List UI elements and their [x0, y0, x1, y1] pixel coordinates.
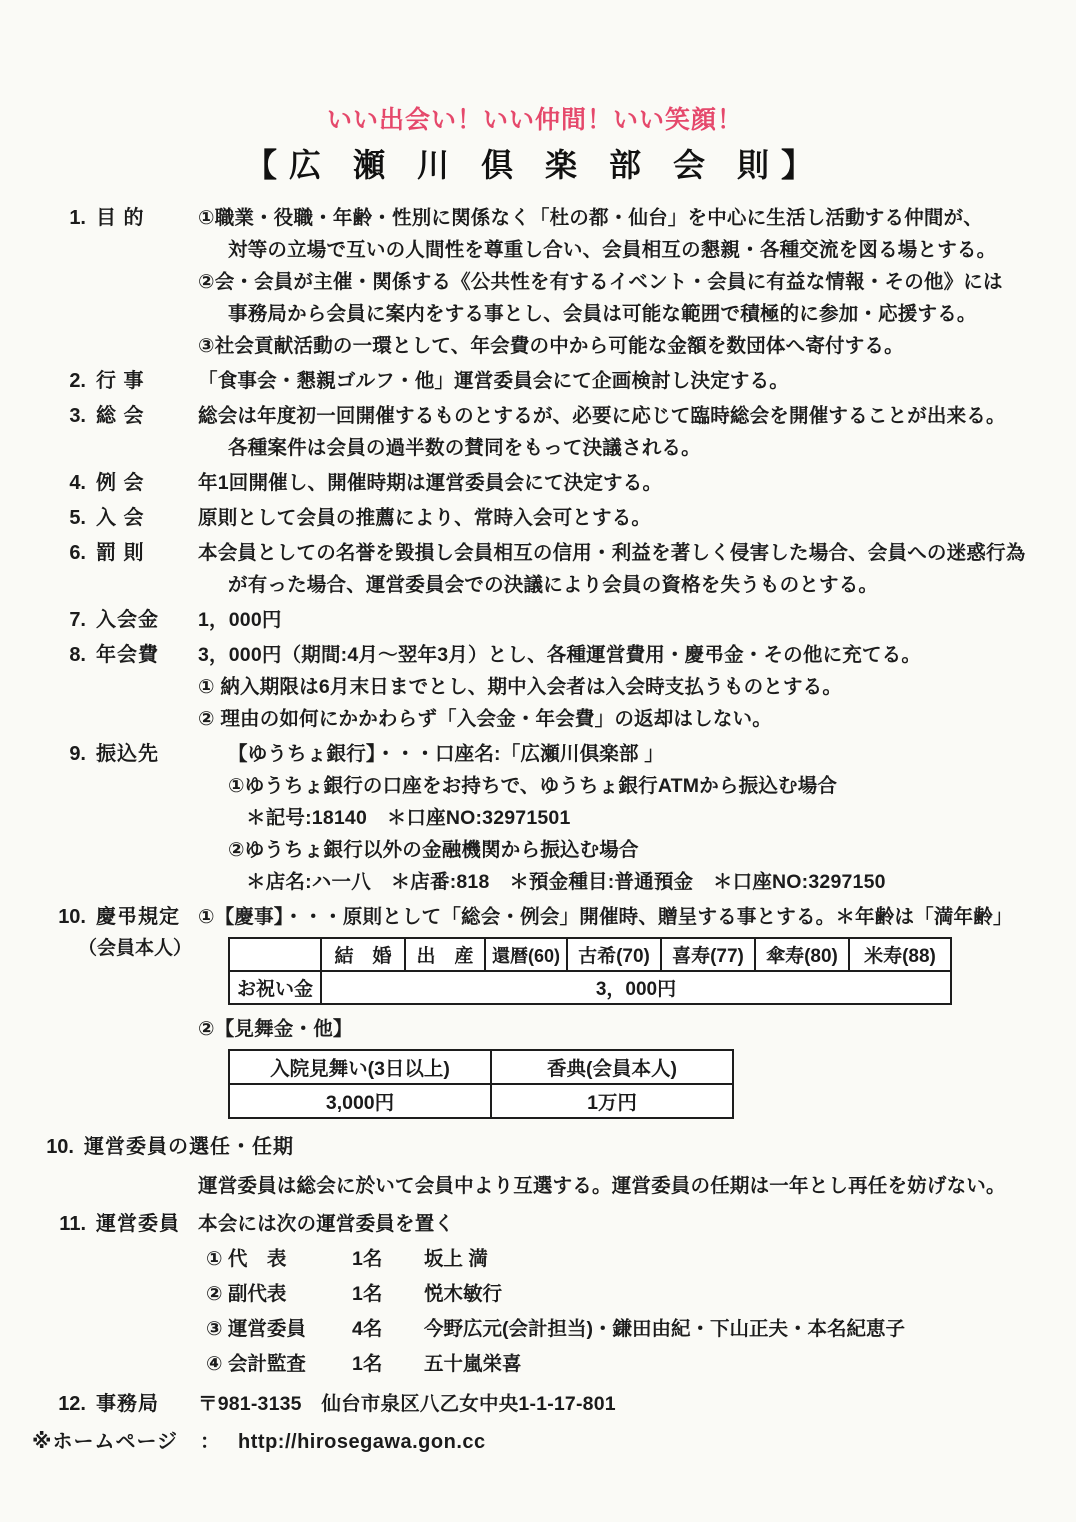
- member-role: ① 代 表: [206, 1242, 352, 1277]
- table-cell: 1万円: [491, 1084, 733, 1118]
- section-line: ② 理由の如何にかかわらず「入会金・年会費」の返却はしない。: [198, 703, 1040, 735]
- member-role: ④ 会計監査: [206, 1347, 352, 1382]
- section-secretariat: 12.事務局 〒981-3135 仙台市泉区八乙女中央1-1-17-801: [30, 1388, 1040, 1420]
- section-celebration-condolence: 10.慶弔規定 （会員本人） ①【慶事】・・・原則として「総会・例会」開催時、贈…: [30, 901, 1040, 1127]
- section-line: ②【見舞金・他】: [198, 1013, 1040, 1045]
- section-general-meeting: 3.総 会 総会は年度初一回開催するものとするが、必要に応じて臨時総会を開催する…: [30, 400, 1040, 464]
- document-page: いい出会い！いい仲間！いい笑顔！ 【広 瀬 川 倶 楽 部 会 則】 1.目 的…: [0, 0, 1076, 1522]
- table-header-cell: 出 産: [405, 938, 485, 971]
- homepage-row: ※ホームページ ： http://hirosegawa.gon.cc: [30, 1426, 1040, 1458]
- slogan-text: いい出会い！いい仲間！いい笑顔！: [30, 100, 1040, 136]
- section-committee-election: 10.運営委員の選任・任期 運営委員は総会に於いて会員中より互選する。運営委員の…: [30, 1130, 1040, 1202]
- section-line: 本会員としての名誉を毀損し会員相互の信用・利益を著しく侵害した場合、会員への迷惑…: [198, 537, 1040, 569]
- member-count: 1名: [352, 1277, 424, 1312]
- table-header-cell: 古希(70): [567, 938, 661, 971]
- section-line: 3，000円（期間:4月～翌年3月）とし、各種運営費用・慶弔金・その他に充てる。: [198, 639, 1040, 671]
- section-regular-meeting: 4.例 会 年1回開催し、開催時期は運営委員会にて決定する。: [30, 467, 1040, 499]
- section-line: ③社会貢献活動の一環として、年会費の中から可能な金額を数団体へ寄付する。: [198, 330, 1040, 362]
- section-sublabel: （会員本人）: [50, 933, 198, 965]
- section-annual-fee: 8.年会費 3，000円（期間:4月～翌年3月）とし、各種運営費用・慶弔金・その…: [30, 639, 1040, 735]
- table-header-cell: 還暦(60): [485, 938, 567, 971]
- section-line: ②会・会員が主催・関係する《公共性を有するイベント・会員に有益な情報・その他》に…: [198, 266, 1040, 298]
- condolence-table: 入院見舞い(3日以上) 香典(会員本人) 3,000円 1万円: [228, 1049, 734, 1119]
- section-line: ①【慶事】・・・原則として「総会・例会」開催時、贈呈する事とする。＊年齢は「満年…: [198, 901, 1040, 933]
- section-line: が有った場合、運営委員会での決議により会員の資格を失うものとする。: [198, 569, 1040, 601]
- member-name: 五十嵐栄喜: [424, 1347, 522, 1382]
- section-events: 2.行 事 「食事会・懇親ゴルフ・他」運営委員会にて企画検討し決定する。: [30, 365, 1040, 397]
- section-line: 「食事会・懇親ゴルフ・他」運営委員会にて企画検討し決定する。: [198, 365, 1040, 397]
- committee-row: ④ 会計監査 1名 五十嵐栄喜: [198, 1347, 1040, 1382]
- section-line: 本会には次の運営委員を置く: [198, 1208, 1040, 1240]
- section-line: ＊記号:18140 ＊口座NO:32971501: [198, 802, 1040, 834]
- section-line: 1，000円: [198, 604, 1040, 636]
- member-role: ② 副代表: [206, 1277, 352, 1312]
- member-count: 1名: [352, 1242, 424, 1277]
- member-count: 1名: [352, 1347, 424, 1382]
- table-cell: 3，000円: [321, 971, 951, 1004]
- member-role: ③ 運営委員: [206, 1312, 352, 1347]
- table-header-cell: 米寿(88): [849, 938, 951, 971]
- section-line: ②ゆうちょ銀行以外の金融機関から振込む場合: [198, 834, 1040, 866]
- section-line: ①ゆうちょ銀行の口座をお持ちで、ゆうちょ銀行ATMから振込む場合: [198, 770, 1040, 802]
- member-name: 今野広元(会計担当)・鎌田由紀・下山正夫・本名紀恵子: [424, 1312, 905, 1347]
- section-label: 1.目 的: [30, 202, 198, 362]
- celebration-table: 結 婚 出 産 還暦(60) 古希(70) 喜寿(77) 傘寿(80) 米寿(8…: [228, 937, 952, 1005]
- table-row: お祝い金 3，000円: [229, 971, 951, 1004]
- section-admission: 5.入 会 原則として会員の推薦により、常時入会可とする。: [30, 502, 1040, 534]
- table-row: 結 婚 出 産 還暦(60) 古希(70) 喜寿(77) 傘寿(80) 米寿(8…: [229, 938, 951, 971]
- section-line: 【ゆうちょ銀行】・・・口座名:「広瀬川倶楽部 」: [198, 738, 1040, 770]
- member-count: 4名: [352, 1312, 424, 1347]
- section-line: 運営委員は総会に於いて会員中より互選する。運営委員の任期は一年とし再任を妨げない…: [198, 1170, 1040, 1202]
- committee-row: ① 代 表 1名 坂上 満: [198, 1242, 1040, 1277]
- section-line: 事務局から会員に案内をする事とし、会員は可能な範囲で積極的に参加・応援する。: [198, 298, 1040, 330]
- committee-row: ③ 運営委員 4名 今野広元(会計担当)・鎌田由紀・下山正夫・本名紀恵子: [198, 1312, 1040, 1347]
- table-cell: お祝い金: [229, 971, 321, 1004]
- table-row: 入院見舞い(3日以上) 香典(会員本人): [229, 1050, 733, 1084]
- table-header-cell: 結 婚: [321, 938, 405, 971]
- table-header-cell: 入院見舞い(3日以上): [229, 1050, 491, 1084]
- section-line: ① 納入期限は6月末日までとし、期中入会者は入会時支払うものとする。: [198, 671, 1040, 703]
- section-bank-transfer: 9.振込先 【ゆうちょ銀行】・・・口座名:「広瀬川倶楽部 」 ①ゆうちょ銀行の口…: [30, 738, 1040, 898]
- table-header-cell: 傘寿(80): [755, 938, 849, 971]
- homepage-separator: ：: [200, 1426, 220, 1458]
- section-penalty: 6.罰 則 本会員としての名誉を毀損し会員相互の信用・利益を著しく侵害した場合、…: [30, 537, 1040, 601]
- section-purpose: 1.目 的 ①職業・役職・年齢・性別に関係なく「杜の都・仙台」を中心に生活し活動…: [30, 202, 1040, 362]
- section-admission-fee: 7.入会金 1，000円: [30, 604, 1040, 636]
- member-name: 悦木敏行: [424, 1277, 502, 1312]
- table-row: 3,000円 1万円: [229, 1084, 733, 1118]
- member-name: 坂上 満: [424, 1242, 488, 1277]
- section-line: ＊店名:ハ一八 ＊店番:818 ＊預金種目:普通預金 ＊口座NO:3297150: [198, 866, 1040, 898]
- section-line: ①職業・役職・年齢・性別に関係なく「杜の都・仙台」を中心に生活し活動する仲間が、: [198, 202, 1040, 234]
- table-header-cell: 香典(会員本人): [491, 1050, 733, 1084]
- section-line: 総会は年度初一回開催するものとするが、必要に応じて臨時総会を開催することが出来る…: [198, 400, 1040, 432]
- page-title: 【広 瀬 川 倶 楽 部 会 則】: [30, 140, 1040, 186]
- section-line: 各種案件は会員の過半数の賛同をもって決議される。: [198, 432, 1040, 464]
- section-line: 年1回開催し、開催時期は運営委員会にて決定する。: [198, 467, 1040, 499]
- table-cell: 3,000円: [229, 1084, 491, 1118]
- section-line: 原則として会員の推薦により、常時入会可とする。: [198, 502, 1040, 534]
- table-header-cell: 喜寿(77): [661, 938, 755, 971]
- section-committee-members: 11.運営委員 本会には次の運営委員を置く ① 代 表 1名 坂上 満 ② 副代…: [30, 1208, 1040, 1382]
- homepage-url: http://hirosegawa.gon.cc: [238, 1426, 486, 1458]
- table-header-cell: [229, 938, 321, 971]
- secretariat-address: 〒981-3135 仙台市泉区八乙女中央1-1-17-801: [198, 1388, 1040, 1420]
- homepage-label: ※ホームページ: [30, 1426, 178, 1458]
- committee-member-list: ① 代 表 1名 坂上 満 ② 副代表 1名 悦木敏行 ③ 運営委員 4名 今野…: [198, 1242, 1040, 1382]
- section-line: 対等の立場で互いの人間性を尊重し合い、会員相互の懇親・各種交流を図る場とする。: [198, 234, 1040, 266]
- committee-row: ② 副代表 1名 悦木敏行: [198, 1277, 1040, 1312]
